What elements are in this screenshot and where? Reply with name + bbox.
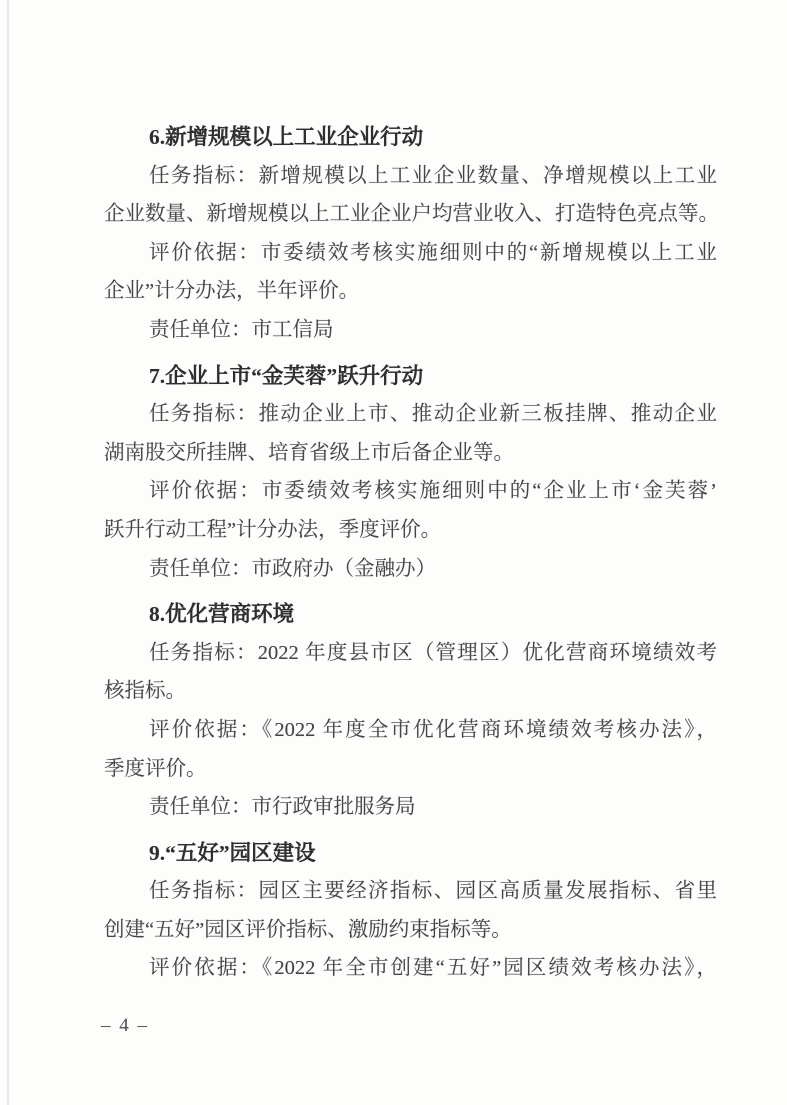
paragraph-line: 责任单位：市政府办（金融办） bbox=[104, 550, 717, 589]
paragraph-line: 责任单位：市工信局 bbox=[104, 311, 717, 350]
section-9-heading: 9.“五好”园区建设 bbox=[104, 834, 717, 873]
section-6: 6.新增规模以上工业企业行动 任务指标：新增规模以上工业企业数量、净增规模以上工… bbox=[104, 118, 717, 350]
section-8-responsible-unit: 责任单位：市行政审批服务局 bbox=[104, 788, 717, 827]
document-body: 6.新增规模以上工业企业行动 任务指标：新增规模以上工业企业数量、净增规模以上工… bbox=[104, 118, 717, 988]
paragraph-line: 企业”计分办法，半年评价。 bbox=[104, 272, 717, 311]
paragraph-line: 任务指标：2022 年度县市区（管理区）优化营商环境绩效考 bbox=[104, 634, 717, 673]
section-7: 7.企业上市“金芙蓉”跃升行动 任务指标：推动企业上市、推动企业新三板挂牌、推动… bbox=[104, 357, 717, 589]
section-9-task-indicators: 任务指标：园区主要经济指标、园区高质量发展指标、省里 创建“五好”园区评价指标、… bbox=[104, 872, 717, 949]
section-9-evaluation-basis: 评价依据：《2022 年全市创建“五好”园区绩效考核办法》， bbox=[104, 949, 717, 988]
section-7-evaluation-basis: 评价依据：市委绩效考核实施细则中的“企业上市‘金芙蓉’ 跃升行动工程”计分办法，… bbox=[104, 472, 717, 549]
paragraph-line: 创建“五好”园区评价指标、激励约束指标等。 bbox=[104, 911, 717, 950]
section-6-responsible-unit: 责任单位：市工信局 bbox=[104, 311, 717, 350]
paragraph-line: 评价依据：市委绩效考核实施细则中的“新增规模以上工业 bbox=[104, 234, 717, 273]
section-8-task-indicators: 任务指标：2022 年度县市区（管理区）优化营商环境绩效考 核指标。 bbox=[104, 634, 717, 711]
paragraph-line: 季度评价。 bbox=[104, 750, 717, 789]
paragraph-line: 跃升行动工程”计分办法，季度评价。 bbox=[104, 511, 717, 550]
paragraph-line: 任务指标：推动企业上市、推动企业新三板挂牌、推动企业 bbox=[104, 395, 717, 434]
section-6-task-indicators: 任务指标：新增规模以上工业企业数量、净增规模以上工业 企业数量、新增规模以上工业… bbox=[104, 157, 717, 234]
section-9: 9.“五好”园区建设 任务指标：园区主要经济指标、园区高质量发展指标、省里 创建… bbox=[104, 834, 717, 988]
section-7-heading: 7.企业上市“金芙蓉”跃升行动 bbox=[104, 357, 717, 396]
scanned-document-page: 6.新增规模以上工业企业行动 任务指标：新增规模以上工业企业数量、净增规模以上工… bbox=[0, 0, 787, 1105]
paragraph-line: 湖南股交所挂牌、培育省级上市后备企业等。 bbox=[104, 434, 717, 473]
paragraph-line: 评价依据：《2022 年全市创建“五好”园区绩效考核办法》， bbox=[104, 949, 717, 988]
section-7-task-indicators: 任务指标：推动企业上市、推动企业新三板挂牌、推动企业 湖南股交所挂牌、培育省级上… bbox=[104, 395, 717, 472]
paragraph-line: 核指标。 bbox=[104, 672, 717, 711]
paragraph-line: 企业数量、新增规模以上工业企业户均营业收入、打造特色亮点等。 bbox=[104, 195, 717, 234]
section-8: 8.优化营商环境 任务指标：2022 年度县市区（管理区）优化营商环境绩效考 核… bbox=[104, 595, 717, 827]
section-7-responsible-unit: 责任单位：市政府办（金融办） bbox=[104, 550, 717, 589]
section-6-heading: 6.新增规模以上工业企业行动 bbox=[104, 118, 717, 157]
paragraph-line: 评价依据：《2022 年度全市优化营商环境绩效考核办法》， bbox=[104, 711, 717, 750]
paragraph-line: 评价依据：市委绩效考核实施细则中的“企业上市‘金芙蓉’ bbox=[104, 472, 717, 511]
paragraph-line: 任务指标：新增规模以上工业企业数量、净增规模以上工业 bbox=[104, 157, 717, 196]
section-8-evaluation-basis: 评价依据：《2022 年度全市优化营商环境绩效考核办法》， 季度评价。 bbox=[104, 711, 717, 788]
paragraph-line: 责任单位：市行政审批服务局 bbox=[104, 788, 717, 827]
paragraph-line: 任务指标：园区主要经济指标、园区高质量发展指标、省里 bbox=[104, 872, 717, 911]
page-number: – 4 – bbox=[101, 1014, 149, 1038]
section-8-heading: 8.优化营商环境 bbox=[104, 595, 717, 634]
section-6-evaluation-basis: 评价依据：市委绩效考核实施细则中的“新增规模以上工业 企业”计分办法，半年评价。 bbox=[104, 234, 717, 311]
